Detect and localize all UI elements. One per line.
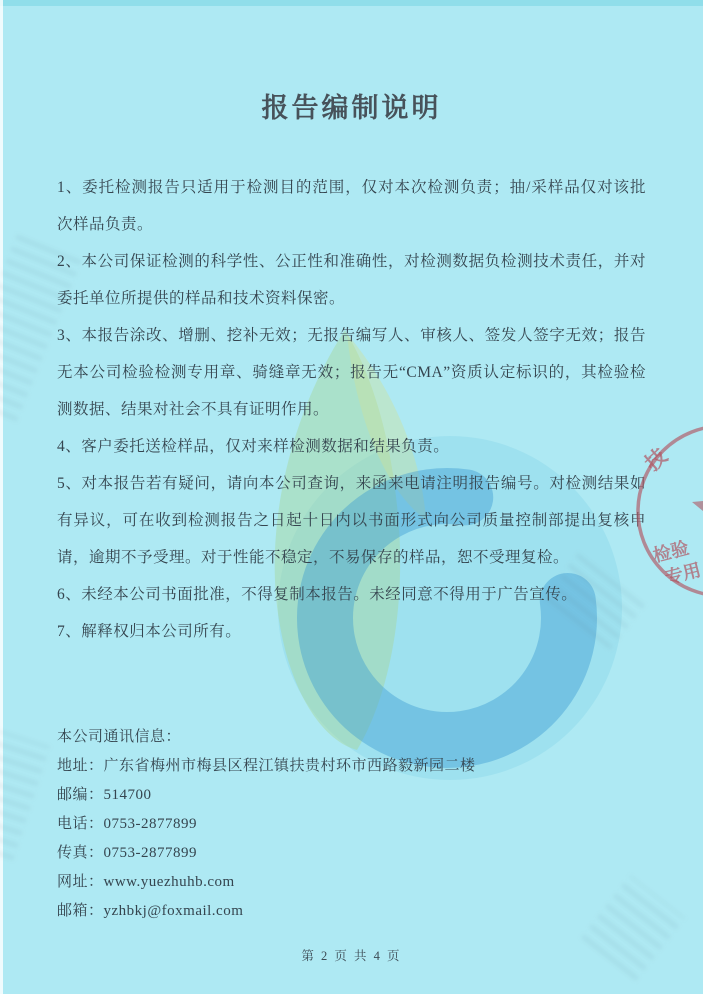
- page-title: 报告编制说明: [0, 0, 703, 125]
- stamp-text-line-2: 专用: [663, 559, 703, 588]
- contact-line-website: 网址：www.yuezhuhb.com: [57, 868, 646, 897]
- scan-left-edge: [0, 0, 3, 994]
- contact-value: www.yuezhuhb.com: [104, 874, 235, 890]
- stamp-text-line-1: 检验: [651, 537, 691, 566]
- note-paragraph-4: 4、客户委托送检样品，仅对来样检测数据和结果负责。: [57, 428, 646, 465]
- contact-line-email: 邮箱：yzhbkj@foxmail.com: [57, 897, 646, 926]
- note-paragraph-2: 2、本公司保证检测的科学性、公正性和准确性，对检测数据负检测技术责任，并对委托单…: [57, 243, 646, 317]
- contact-label: 邮箱：: [57, 903, 104, 919]
- contact-label: 邮编：: [57, 787, 104, 803]
- contact-label: 电话：: [57, 816, 104, 832]
- contact-info-block: 本公司通讯信息： 地址：广东省梅州市梅县区程江镇扶贵村环市西路毅新园二楼 邮编：…: [57, 723, 646, 926]
- contact-value: 0753-2877899: [104, 816, 198, 832]
- scanned-report-page: { "doc": { "title": "报告编制说明", "paragraph…: [0, 0, 703, 994]
- contact-value: 0753-2877899: [104, 845, 198, 861]
- stamp-star-icon: [692, 480, 703, 538]
- contact-value: yzhbkj@foxmail.com: [104, 903, 244, 919]
- bleed-through-smudge: [0, 729, 50, 860]
- contact-label: 网址：: [57, 874, 104, 890]
- contact-line-postcode: 邮编：514700: [57, 781, 646, 810]
- contact-line-fax: 传真：0753-2877899: [57, 839, 646, 868]
- note-paragraph-3: 3、本报告涂改、增删、挖补无效；无报告编写人、审核人、签发人签字无效；报告无本公…: [57, 317, 646, 428]
- report-notes: 1、委托检测报告只适用于检测目的范围，仅对本次检测负责；抽/采样品仅对该批次样品…: [57, 169, 646, 650]
- contact-heading: 本公司通讯信息：: [57, 723, 646, 752]
- stamp-circle: [638, 426, 703, 596]
- contact-value: 514700: [104, 787, 152, 803]
- contact-line-phone: 电话：0753-2877899: [57, 810, 646, 839]
- note-paragraph-7: 7、解释权归本公司所有。: [57, 613, 646, 650]
- note-paragraph-5: 5、对本报告若有疑问，请向本公司查询，来函来电请注明报告编号。对检测结果如有异议…: [57, 465, 646, 576]
- contact-line-address: 地址：广东省梅州市梅县区程江镇扶贵村环市西路毅新园二楼: [57, 752, 646, 781]
- page-number: 第 2 页 共 4 页: [0, 946, 703, 964]
- contact-label: 地址：: [57, 758, 104, 774]
- note-paragraph-6: 6、未经本公司书面批准，不得复制本报告。未经同意不得用于广告宣传。: [57, 576, 646, 613]
- contact-value: 广东省梅州市梅县区程江镇扶贵村环市西路毅新园二楼: [104, 758, 476, 774]
- note-paragraph-1: 1、委托检测报告只适用于检测目的范围，仅对本次检测负责；抽/采样品仅对该批次样品…: [57, 169, 646, 243]
- contact-label: 传真：: [57, 845, 104, 861]
